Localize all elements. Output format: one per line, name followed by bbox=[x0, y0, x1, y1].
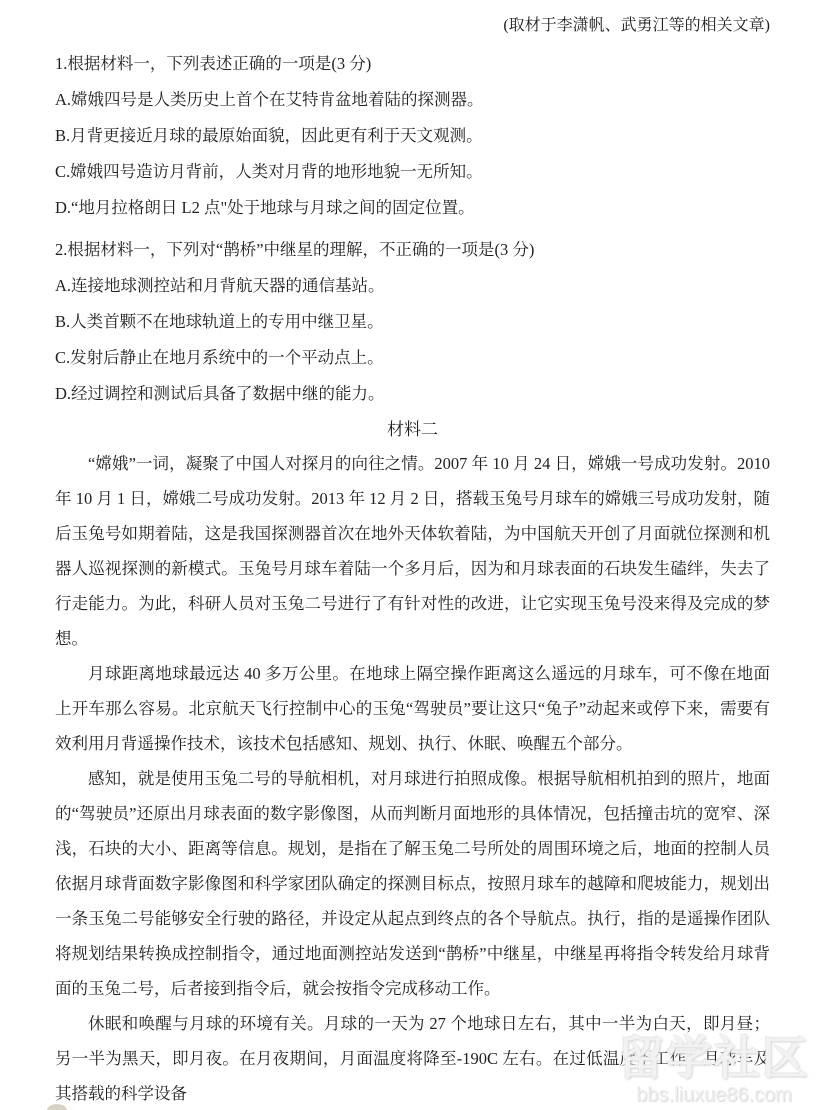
question-2-option-c: C.发射后静止在地月系统中的一个平动点上。 bbox=[55, 340, 770, 376]
watermark-logo-text: 留学社区 bbox=[618, 1036, 810, 1082]
question-1-option-c: C.嫦娥四号造访月背前，人类对月背的地形地貌一无所知。 bbox=[55, 154, 770, 190]
page-corner-mark bbox=[47, 1104, 67, 1110]
question-2-option-a: A.连接地球测控站和月背航天器的通信基站。 bbox=[55, 268, 770, 304]
question-2-stem: 2.根据材料一，下列对“鹊桥”中继星的理解，不正确的一项是(3 分) bbox=[55, 232, 770, 268]
question-1-option-a: A.嫦娥四号是人类历史上首个在艾特肯盆地着陆的探测器。 bbox=[55, 82, 770, 118]
question-1-stem: 1.根据材料一，下列表述正确的一项是(3 分) bbox=[55, 46, 770, 82]
question-1-option-d: D.“地月拉格朗日 L2 点"处于地球与月球之间的固定位置。 bbox=[55, 190, 770, 226]
paragraph: 月球距离地球最远达 40 多万公里。在地球上隔空操作距离这么遥远的月球车，可不像… bbox=[55, 656, 770, 761]
section-heading-material-2: 材料二 bbox=[55, 414, 770, 446]
site-watermark: 留学社区 bbs.liuxue86.com bbox=[618, 1036, 810, 1106]
question-2-option-b: B.人类首颗不在地球轨道上的专用中继卫星。 bbox=[55, 304, 770, 340]
watermark-url-text: bbs.liuxue86.com bbox=[618, 1084, 810, 1106]
material-2-body: “嫦娥”一词，凝聚了中国人对探月的向往之情。2007 年 10 月 24 日，嫦… bbox=[55, 446, 770, 1110]
document-page: (取材于李潇帆、武勇江等的相关文章) 1.根据材料一，下列表述正确的一项是(3 … bbox=[0, 0, 818, 1110]
paragraph: “嫦娥”一词，凝聚了中国人对探月的向往之情。2007 年 10 月 24 日，嫦… bbox=[55, 446, 770, 656]
question-2-block: 2.根据材料一，下列对“鹊桥”中继星的理解，不正确的一项是(3 分) A.连接地… bbox=[55, 232, 770, 412]
question-1-block: 1.根据材料一，下列表述正确的一项是(3 分) A.嫦娥四号是人类历史上首个在艾… bbox=[55, 46, 770, 226]
source-attribution: (取材于李潇帆、武勇江等的相关文章) bbox=[55, 12, 770, 40]
question-2-option-d: D.经过调控和测试后具备了数据中继的能力。 bbox=[55, 376, 770, 412]
paragraph: 感知，就是使用玉兔二号的导航相机，对月球进行拍照成像。根据导航相机拍到的照片，地… bbox=[55, 761, 770, 1006]
question-1-option-b: B.月背更接近月球的最原始面貌，因此更有利于天文观测。 bbox=[55, 118, 770, 154]
